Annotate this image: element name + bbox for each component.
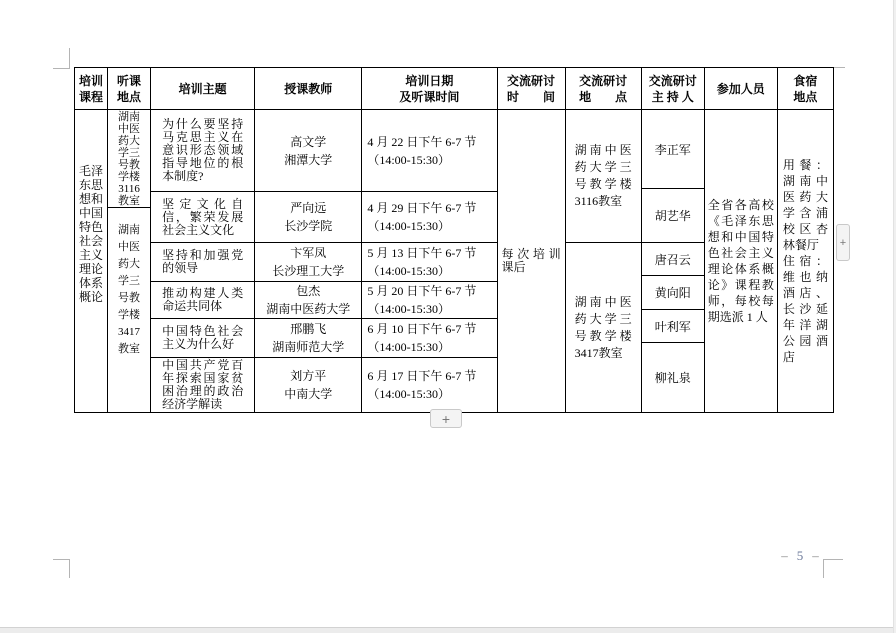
date-time-cell[interactable]: 6 月 17 日下午 6-7 节 （14:00-15:30） — [362, 358, 497, 413]
page-footer: – 5 – — [768, 548, 832, 564]
add-table-column-button[interactable]: + — [836, 224, 850, 261]
header-date-time[interactable]: 培训日期 及听课时间 — [362, 68, 497, 110]
host-name[interactable]: 唐召云 — [642, 243, 704, 276]
margin-mark-top-left — [53, 48, 70, 69]
document-page: 培训 课程 听课 地点 培训主题 授课教师 培训日期 及听课时间 交流研讨 时 … — [0, 0, 896, 633]
page-number: 5 — [797, 548, 804, 564]
header-discussion-host[interactable]: 交流研讨 主 持 人 — [641, 68, 704, 110]
date-time-cell[interactable]: 4 月 29 日下午 6-7 节 （14:00-15:30） — [362, 192, 497, 243]
host-name[interactable]: 柳礼泉 — [642, 343, 704, 412]
footer-dash-right: – — [812, 548, 819, 564]
table-header-row: 培训 课程 听课 地点 培训主题 授课教师 培训日期 及听课时间 交流研讨 时 … — [75, 68, 834, 110]
course-name-cell[interactable]: 毛泽 东思 想和 中国 特色 社会 主义 理论 体系 概论 — [75, 110, 108, 413]
date-time-cell[interactable]: 4 月 22 日下午 6-7 节 （14:00-15:30） — [362, 110, 497, 192]
teacher-cell[interactable]: 高文学 湘潭大学 — [255, 110, 362, 192]
page-bottom-edge — [0, 627, 896, 633]
host-name[interactable]: 黄向阳 — [642, 276, 704, 310]
host-name[interactable]: 胡艺华 — [642, 189, 704, 243]
teacher-cell[interactable]: 卞军凤 长沙理工大学 — [255, 243, 362, 282]
discussion-time-cell[interactable]: 每次培训课后 — [497, 110, 565, 413]
classroom-venue-3417[interactable]: 湖南 中医 药大 学三 号教 学楼 3417 教室 — [108, 208, 150, 412]
teacher-cell[interactable]: 刘方平 中南大学 — [255, 358, 362, 413]
plus-icon: + — [442, 411, 450, 427]
classroom-venue-cell: 湖南 中医 药大 学三 号教 学楼 3116 教室 湖南 中医 药大 学三 号教… — [108, 110, 151, 413]
teacher-cell[interactable]: 严向远 长沙学院 — [255, 192, 362, 243]
topic-cell[interactable]: 中国共产党百年探索国家贫困治理的政治经济学解读 — [151, 358, 255, 413]
participants-cell[interactable]: 全省各高校《毛泽东思想和中国特色社会主义理论体系概论》课程教师，每校每期选派 1… — [704, 110, 777, 413]
header-teacher[interactable]: 授课教师 — [255, 68, 362, 110]
discussion-venue-3417-cell[interactable]: 湖南中医药大学三号教学楼3417教室 — [565, 243, 641, 413]
header-topic[interactable]: 培训主题 — [151, 68, 255, 110]
host-name[interactable]: 李正军 — [642, 110, 704, 189]
header-discussion-venue[interactable]: 交流研讨 地 点 — [565, 68, 641, 110]
header-board-lodging[interactable]: 食宿 地点 — [777, 68, 833, 110]
topic-cell[interactable]: 中国特色社会主义为什么好 — [151, 319, 255, 358]
header-classroom-venue[interactable]: 听课 地点 — [108, 68, 151, 110]
add-table-row-button[interactable]: + — [430, 409, 462, 428]
date-time-cell[interactable]: 5 月 20 日下午 6-7 节 （14:00-15:30） — [362, 282, 497, 319]
training-schedule-table: 培训 课程 听课 地点 培训主题 授课教师 培训日期 及听课时间 交流研讨 时 … — [74, 67, 834, 413]
plus-icon: + — [840, 237, 846, 249]
topic-cell[interactable]: 坚持和加强党的领导 — [151, 243, 255, 282]
header-participants[interactable]: 参加人员 — [704, 68, 777, 110]
topic-cell[interactable]: 为什么要坚持马克思主义在意识形态领域指导地位的根本制度? — [151, 110, 255, 192]
host-name[interactable]: 叶利军 — [642, 310, 704, 343]
teacher-cell[interactable]: 包杰 湖南中医药大学 — [255, 282, 362, 319]
session-row: 毛泽 东思 想和 中国 特色 社会 主义 理论 体系 概论 湖南 中医 药大 学… — [75, 110, 834, 192]
discussion-host-stack: 李正军 胡艺华 唐召云 黄向阳 叶利军 柳礼泉 — [642, 110, 704, 412]
footer-dash-left: – — [781, 548, 788, 564]
classroom-venue-stack: 湖南 中医 药大 学三 号教 学楼 3116 教室 湖南 中医 药大 学三 号教… — [108, 110, 150, 412]
header-course[interactable]: 培训 课程 — [75, 68, 108, 110]
margin-mark-bottom-left — [53, 559, 70, 578]
header-discussion-time[interactable]: 交流研讨 时 间 — [497, 68, 565, 110]
teacher-cell[interactable]: 邢鹏飞 湖南师范大学 — [255, 319, 362, 358]
topic-cell[interactable]: 推动构建人类命运共同体 — [151, 282, 255, 319]
discussion-host-cell: 李正军 胡艺华 唐召云 黄向阳 叶利军 柳礼泉 — [641, 110, 704, 413]
topic-cell[interactable]: 坚定文化自信，繁荣发展社会主义文化 — [151, 192, 255, 243]
classroom-venue-3116[interactable]: 湖南 中医 药大 学三 号教 学楼 3116 教室 — [108, 110, 150, 208]
date-time-cell[interactable]: 5 月 13 日下午 6-7 节 （14:00-15:30） — [362, 243, 497, 282]
date-time-cell[interactable]: 6 月 10 日下午 6-7 节 （14:00-15:30） — [362, 319, 497, 358]
discussion-venue-3116-cell[interactable]: 湖南中医药大学三号教学楼3116教室 — [565, 110, 641, 243]
board-lodging-cell[interactable]: 用餐：湖南中医药大学含浦校区杏林餐厅 住宿：维也纳酒店、长沙延年洋湖公园酒店 — [777, 110, 833, 413]
